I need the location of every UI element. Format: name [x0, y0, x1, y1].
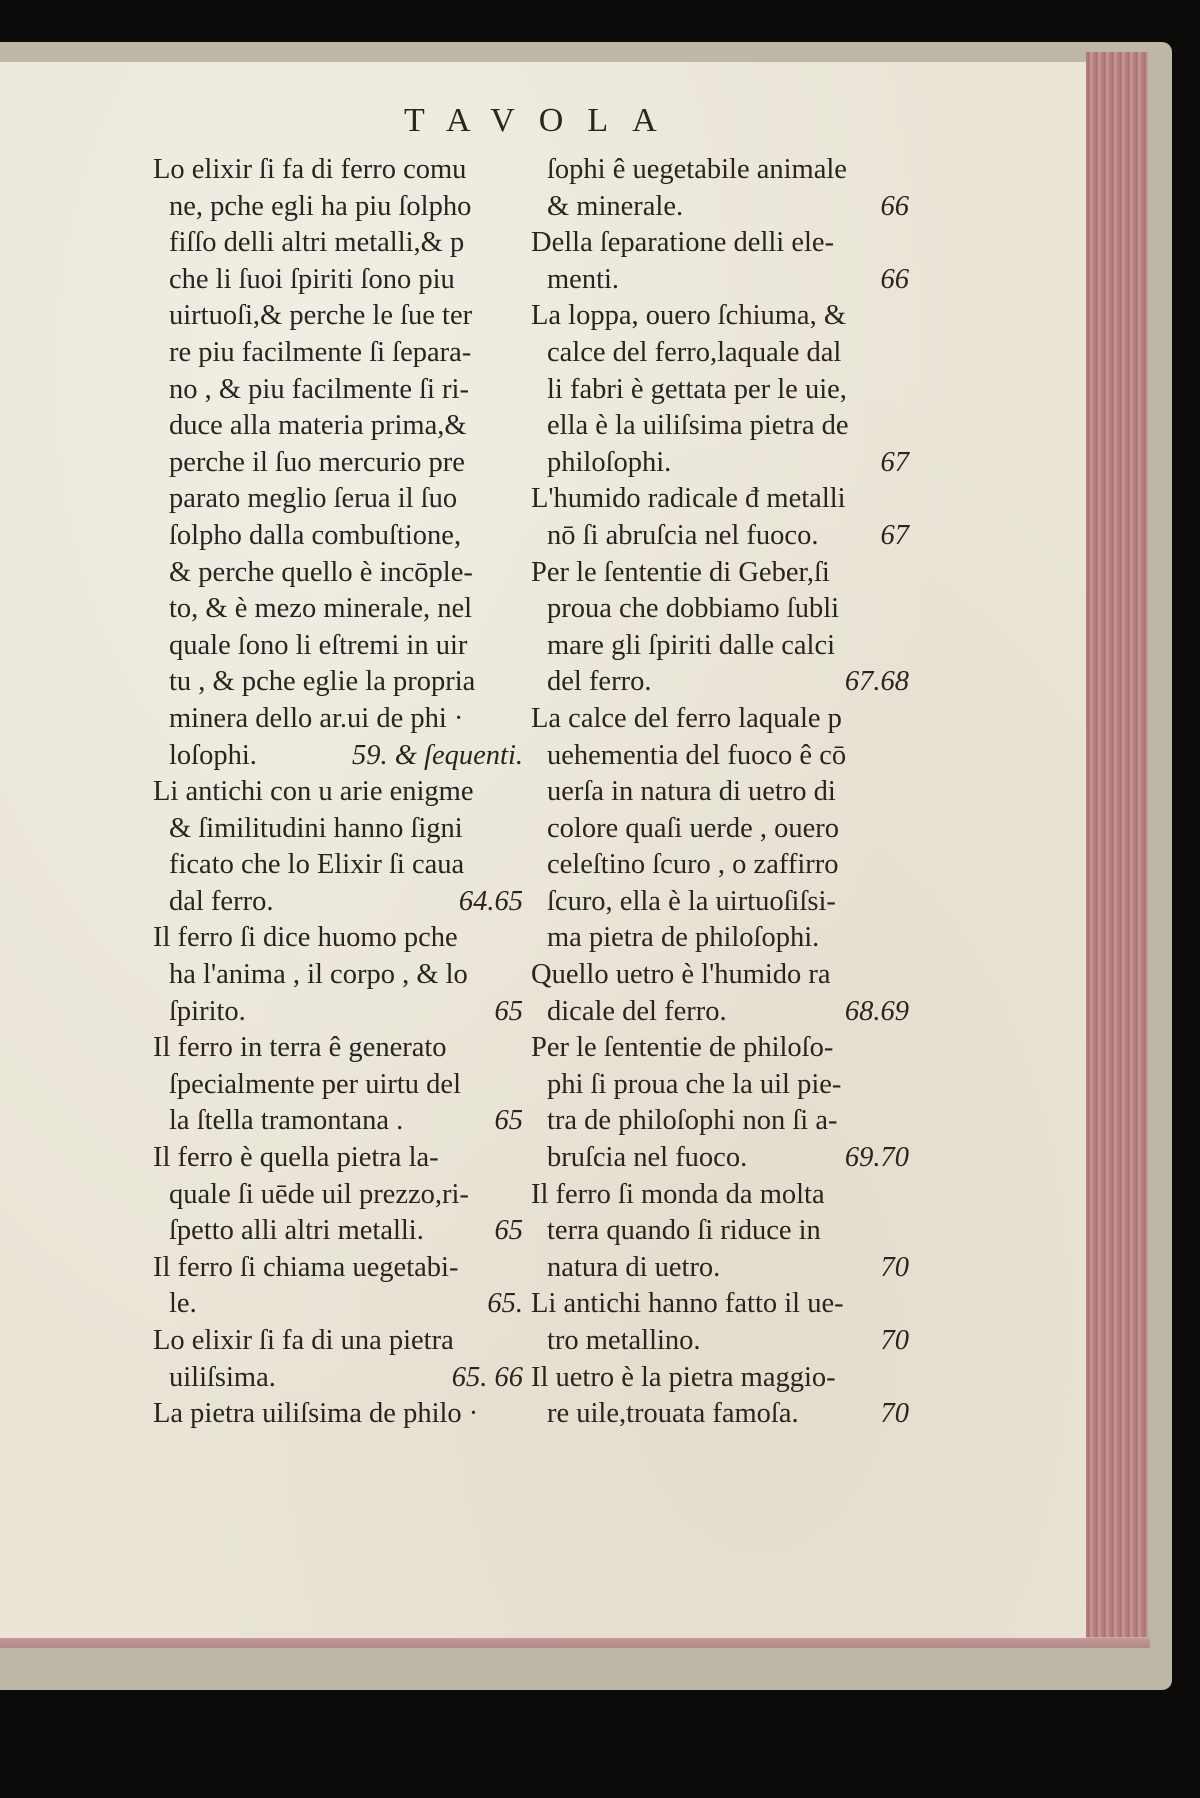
index-column-right: ſophi ê uegetabile animale& minerale.66D… [531, 152, 909, 1433]
entry-text: & minerale. [547, 191, 683, 222]
index-entry: Per le ſententie de philoſo-phi ſi proua… [531, 1030, 909, 1176]
page-reference: 67 [881, 445, 910, 482]
running-head: TAVOLA [404, 102, 681, 140]
entry-headline: Per le ſententie di Geber,ſi [531, 555, 909, 592]
entry-line: ne, pche egli ha piu ſolpho [153, 189, 523, 226]
page-reference: 70 [881, 1323, 910, 1360]
entry-text: la ſtella tramontana . [169, 1105, 403, 1136]
entry-headline: La pietra uiliſsima de philo · [153, 1396, 523, 1433]
entry-text: L'humido radicale đ metalli [531, 483, 846, 514]
page-reference: 69.70 [845, 1140, 909, 1177]
index-entry: Il ferro in terra ê generatoſpecialmente… [153, 1030, 523, 1140]
entry-text: Li antichi hanno fatto il ue- [531, 1288, 844, 1319]
index-entry: Della ſeparatione delli ele-menti.66 [531, 225, 909, 298]
entry-text: proua che dobbiamo ſubli [547, 593, 839, 624]
entry-text: mare gli ſpiriti dalle calci [547, 630, 835, 661]
page-reference: 65 [495, 1103, 524, 1140]
entry-headline: La loppa, ouero ſchiuma, & [531, 298, 909, 335]
page-reference: 66 [881, 262, 910, 299]
entry-text: La pietra uiliſsima de philo · [153, 1398, 478, 1429]
entry-line: minera dello ar.ui de phi · [153, 701, 523, 738]
entry-line: uerſa in natura di uetro di [531, 774, 909, 811]
entry-line: & ſimilitudini hanno ſigni [153, 811, 523, 848]
entry-text: Il ferro ſi dice huomo pche [153, 922, 458, 953]
page-reference: 67.68 [845, 664, 909, 701]
entry-headline: Il uetro è la pietra maggio- [531, 1360, 909, 1397]
entry-headline: L'humido radicale đ metalli [531, 481, 909, 518]
entry-line: ſpetto alli altri metalli.65 [153, 1213, 523, 1250]
entry-text: phi ſi proua che la uil pie- [547, 1069, 841, 1100]
entry-text: celeſtino ſcuro , o zaffirro [547, 849, 838, 880]
entry-text: ma pietra de philoſophi. [547, 922, 819, 953]
entry-text: dicale del ferro. [547, 996, 727, 1027]
red-fore-edge [1086, 52, 1148, 1637]
entry-line: terra quando ſi riduce in [531, 1213, 909, 1250]
entry-text: ſolpho dalla combuſtione, [169, 520, 461, 551]
red-bottom-edge [0, 1638, 1150, 1648]
entry-text: La loppa, ouero ſchiuma, & [531, 300, 846, 331]
entry-text: perche il ſuo mercurio pre [169, 447, 465, 478]
entry-text: parato meglio ſerua il ſuo [169, 483, 457, 514]
entry-line: tro metallino.70 [531, 1323, 909, 1360]
entry-headline: Li antichi hanno fatto il ue- [531, 1286, 909, 1323]
entry-text: che li ſuoi ſpiriti ſono piu [169, 264, 455, 295]
entry-text: ficato che lo Elixir ſi caua [169, 849, 464, 880]
entry-text: quale ſi uēde uil prezzo,ri- [169, 1179, 469, 1210]
entry-text: Per le ſententie di Geber,ſi [531, 557, 830, 588]
entry-text: duce alla materia prima,& [169, 410, 467, 441]
entry-line: uirtuoſi,& perche le ſue ter [153, 298, 523, 335]
page-reference: 70 [881, 1250, 910, 1287]
page-reference: 65 [495, 994, 524, 1031]
entry-line: ſpecialmente per uirtu del [153, 1067, 523, 1104]
entry-text: loſophi. [169, 740, 257, 771]
index-entry: Il ferro ſi dice huomo pcheha l'anima , … [153, 920, 523, 1030]
entry-text: terra quando ſi riduce in [547, 1215, 821, 1246]
index-entry: Lo elixir ſi fa di ferro comune, pche eg… [153, 152, 523, 774]
entry-text: tro metallino. [547, 1325, 701, 1356]
entry-line: mare gli ſpiriti dalle calci [531, 628, 909, 665]
entry-line: proua che dobbiamo ſubli [531, 591, 909, 628]
entry-text: quale ſono li eſtremi in uir [169, 630, 467, 661]
entry-headline: Per le ſententie de philoſo- [531, 1030, 909, 1067]
entry-line: parato meglio ſerua il ſuo [153, 481, 523, 518]
index-entry: L'humido radicale đ metallinō ſi abruſci… [531, 481, 909, 554]
index-entry: Il ferro è quella pietra la-quale ſi uēd… [153, 1140, 523, 1250]
entry-line: menti.66 [531, 262, 909, 299]
entry-line: to, & è mezo minerale, nel [153, 591, 523, 628]
entry-text: uiliſsima. [169, 1362, 276, 1393]
entry-line: del ferro.67.68 [531, 664, 909, 701]
entry-line: uiliſsima.65. 66 [153, 1360, 523, 1397]
index-entry: ſophi ê uegetabile animale& minerale.66 [531, 152, 909, 225]
index-entry: Li antichi con u arie enigme& ſimilitudi… [153, 774, 523, 920]
page-reference: 65. [487, 1286, 523, 1323]
entry-headline: Lo elixir ſi fa di una pietra [153, 1323, 523, 1360]
entry-text: Il ferro ſi chiama uegetabi- [153, 1252, 458, 1283]
entry-text: ſophi ê uegetabile animale [547, 154, 847, 185]
entry-line: li fabri è gettata per le uie, [531, 372, 909, 409]
entry-text: menti. [547, 264, 619, 295]
entry-line: ſophi ê uegetabile animale [531, 152, 909, 189]
index-entry: Quello uetro è l'humido radicale del fer… [531, 957, 909, 1030]
entry-text: ſpirito. [169, 996, 246, 1027]
entry-text: bruſcia nel fuoco. [547, 1142, 747, 1173]
entry-text: nō ſi abruſcia nel fuoco. [547, 520, 818, 551]
entry-line: ſcuro, ella è la uirtuoſiſsi- [531, 884, 909, 921]
entry-text: tu , & pche eglie la propria [169, 666, 475, 697]
entry-text: to, & è mezo minerale, nel [169, 593, 472, 624]
index-entry: La loppa, ouero ſchiuma, &calce del ferr… [531, 298, 909, 481]
entry-text: Li antichi con u arie enigme [153, 776, 474, 807]
entry-text: ne, pche egli ha piu ſolpho [169, 191, 471, 222]
entry-headline: Il ferro ſi dice huomo pche [153, 920, 523, 957]
entry-text: La calce del ferro laquale p [531, 703, 842, 734]
entry-line: ſpirito.65 [153, 994, 523, 1031]
entry-line: duce alla materia prima,& [153, 408, 523, 445]
entry-text: re uile,trouata famoſa. [547, 1398, 799, 1429]
entry-text: fiſſo delli altri metalli,& p [169, 227, 464, 258]
entry-text: natura di uetro. [547, 1252, 720, 1283]
entry-text: uirtuoſi,& perche le ſue ter [169, 300, 472, 331]
entry-text: Il ferro ſi monda da molta [531, 1179, 825, 1210]
entry-text: & perche quello è incōple- [169, 557, 473, 588]
entry-text: le. [169, 1288, 197, 1319]
entry-text: Lo elixir ſi fa di una pietra [153, 1325, 454, 1356]
index-entry: Il ferro ſi chiama uegetabi-le.65. [153, 1250, 523, 1323]
entry-line: le.65. [153, 1286, 523, 1323]
entry-line: ficato che lo Elixir ſi caua [153, 847, 523, 884]
entry-text: Il uetro è la pietra maggio- [531, 1362, 836, 1393]
entry-line: & minerale.66 [531, 189, 909, 226]
entry-text: Il ferro è quella pietra la- [153, 1142, 439, 1173]
entry-line: tra de philoſophi non ſi a- [531, 1103, 909, 1140]
entry-line: fiſſo delli altri metalli,& p [153, 225, 523, 262]
entry-line: & perche quello è incōple- [153, 555, 523, 592]
entry-headline: Il ferro ſi monda da molta [531, 1177, 909, 1214]
entry-text: uehementia del fuoco ê cō [547, 740, 846, 771]
index-entry: La calce del ferro laquale puehementia d… [531, 701, 909, 957]
entry-line: ella è la uiliſsima pietra de [531, 408, 909, 445]
entry-line: dicale del ferro.68.69 [531, 994, 909, 1031]
entry-text: Per le ſententie de philoſo- [531, 1032, 833, 1063]
entry-line: calce del ferro,laquale dal [531, 335, 909, 372]
page-reference: 70 [881, 1396, 910, 1433]
entry-line: bruſcia nel fuoco.69.70 [531, 1140, 909, 1177]
entry-line: re piu facilmente ſi ſepara- [153, 335, 523, 372]
entry-text: re piu facilmente ſi ſepara- [169, 337, 471, 368]
entry-line: celeſtino ſcuro , o zaffirro [531, 847, 909, 884]
entry-text: Il ferro in terra ê generato [153, 1032, 447, 1063]
book-page: TAVOLA Lo elixir ſi fa di ferro comune, … [0, 62, 1086, 1638]
entry-text: ſcuro, ella è la uirtuoſiſsi- [547, 886, 836, 917]
entry-headline: Quello uetro è l'humido ra [531, 957, 909, 994]
entry-line: philoſophi.67 [531, 445, 909, 482]
entry-line: nō ſi abruſcia nel fuoco.67 [531, 518, 909, 555]
entry-text: dal ferro. [169, 886, 273, 917]
entry-text: Quello uetro è l'humido ra [531, 959, 831, 990]
entry-text: Della ſeparatione delli ele- [531, 227, 834, 258]
entry-headline: Il ferro ſi chiama uegetabi- [153, 1250, 523, 1287]
index-entry: Per le ſententie di Geber,ſiproua che do… [531, 555, 909, 701]
entry-text: calce del ferro,laquale dal [547, 337, 841, 368]
entry-line: perche il ſuo mercurio pre [153, 445, 523, 482]
entry-headline: Della ſeparatione delli ele- [531, 225, 909, 262]
entry-text: colore quaſi uerde , ouero [547, 813, 839, 844]
page-reference: 66 [881, 189, 910, 226]
entry-line: ha l'anima , il corpo , & lo [153, 957, 523, 994]
entry-line: ma pietra de philoſophi. [531, 920, 909, 957]
entry-line: uehementia del fuoco ê cō [531, 738, 909, 775]
entry-line: loſophi.59. & ſequenti. [153, 738, 523, 775]
index-column-left: Lo elixir ſi fa di ferro comune, pche eg… [153, 152, 523, 1433]
index-entry: Il uetro è la pietra maggio-re uile,trou… [531, 1360, 909, 1433]
page-reference: 65 [495, 1213, 524, 1250]
entry-text: ſpecialmente per uirtu del [169, 1069, 461, 1100]
entry-text: del ferro. [547, 666, 651, 697]
page-reference: 59. & ſequenti. [352, 738, 523, 775]
entry-headline: Li antichi con u arie enigme [153, 774, 523, 811]
entry-line: re uile,trouata famoſa.70 [531, 1396, 909, 1433]
entry-text: & ſimilitudini hanno ſigni [169, 813, 463, 844]
entry-text: li fabri è gettata per le uie, [547, 374, 847, 405]
page-reference: 64.65 [459, 884, 523, 921]
page-reference: 68.69 [845, 994, 909, 1031]
entry-text: tra de philoſophi non ſi a- [547, 1105, 837, 1136]
index-entry: La pietra uiliſsima de philo · [153, 1396, 523, 1433]
index-entry: Lo elixir ſi fa di una pietrauiliſsima.6… [153, 1323, 523, 1396]
entry-text: Lo elixir ſi fa di ferro comu [153, 154, 466, 185]
entry-line: la ſtella tramontana .65 [153, 1103, 523, 1140]
entry-text: philoſophi. [547, 447, 671, 478]
entry-line: phi ſi proua che la uil pie- [531, 1067, 909, 1104]
page-reference: 65. 66 [452, 1360, 523, 1397]
entry-text: ſpetto alli altri metalli. [169, 1215, 424, 1246]
entry-text: ha l'anima , il corpo , & lo [169, 959, 468, 990]
page-reference: 67 [881, 518, 910, 555]
index-entry: Li antichi hanno fatto il ue-tro metalli… [531, 1286, 909, 1359]
index-entry: Il ferro ſi monda da moltaterra quando ſ… [531, 1177, 909, 1287]
entry-line: dal ferro.64.65 [153, 884, 523, 921]
entry-line: no , & piu facilmente ſi ri- [153, 372, 523, 409]
entry-text: no , & piu facilmente ſi ri- [169, 374, 469, 405]
entry-line: ſolpho dalla combuſtione, [153, 518, 523, 555]
entry-line: quale ſono li eſtremi in uir [153, 628, 523, 665]
entry-line: natura di uetro.70 [531, 1250, 909, 1287]
entry-line: colore quaſi uerde , ouero [531, 811, 909, 848]
entry-headline: Lo elixir ſi fa di ferro comu [153, 152, 523, 189]
entry-headline: Il ferro in terra ê generato [153, 1030, 523, 1067]
entry-line: quale ſi uēde uil prezzo,ri- [153, 1177, 523, 1214]
entry-headline: La calce del ferro laquale p [531, 701, 909, 738]
entry-text: uerſa in natura di uetro di [547, 776, 836, 807]
entry-line: che li ſuoi ſpiriti ſono piu [153, 262, 523, 299]
entry-headline: Il ferro è quella pietra la- [153, 1140, 523, 1177]
entry-text: minera dello ar.ui de phi · [169, 703, 463, 734]
entry-text: ella è la uiliſsima pietra de [547, 410, 849, 441]
entry-line: tu , & pche eglie la propria [153, 664, 523, 701]
